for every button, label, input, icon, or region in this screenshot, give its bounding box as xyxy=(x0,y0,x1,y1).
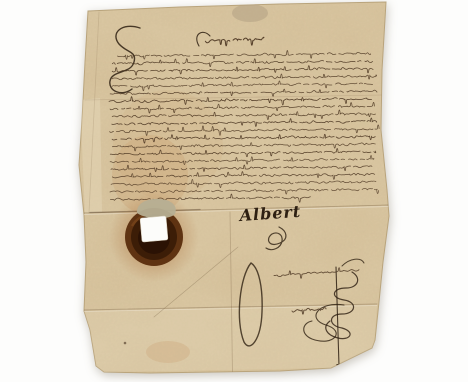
wax-seal xyxy=(109,192,199,282)
manuscript-letter-photo: Albert xyxy=(0,0,468,382)
stain-top xyxy=(232,4,268,22)
ink-speck xyxy=(124,342,127,345)
letter-canvas: Albert xyxy=(0,0,468,382)
seal-hole xyxy=(140,216,168,242)
